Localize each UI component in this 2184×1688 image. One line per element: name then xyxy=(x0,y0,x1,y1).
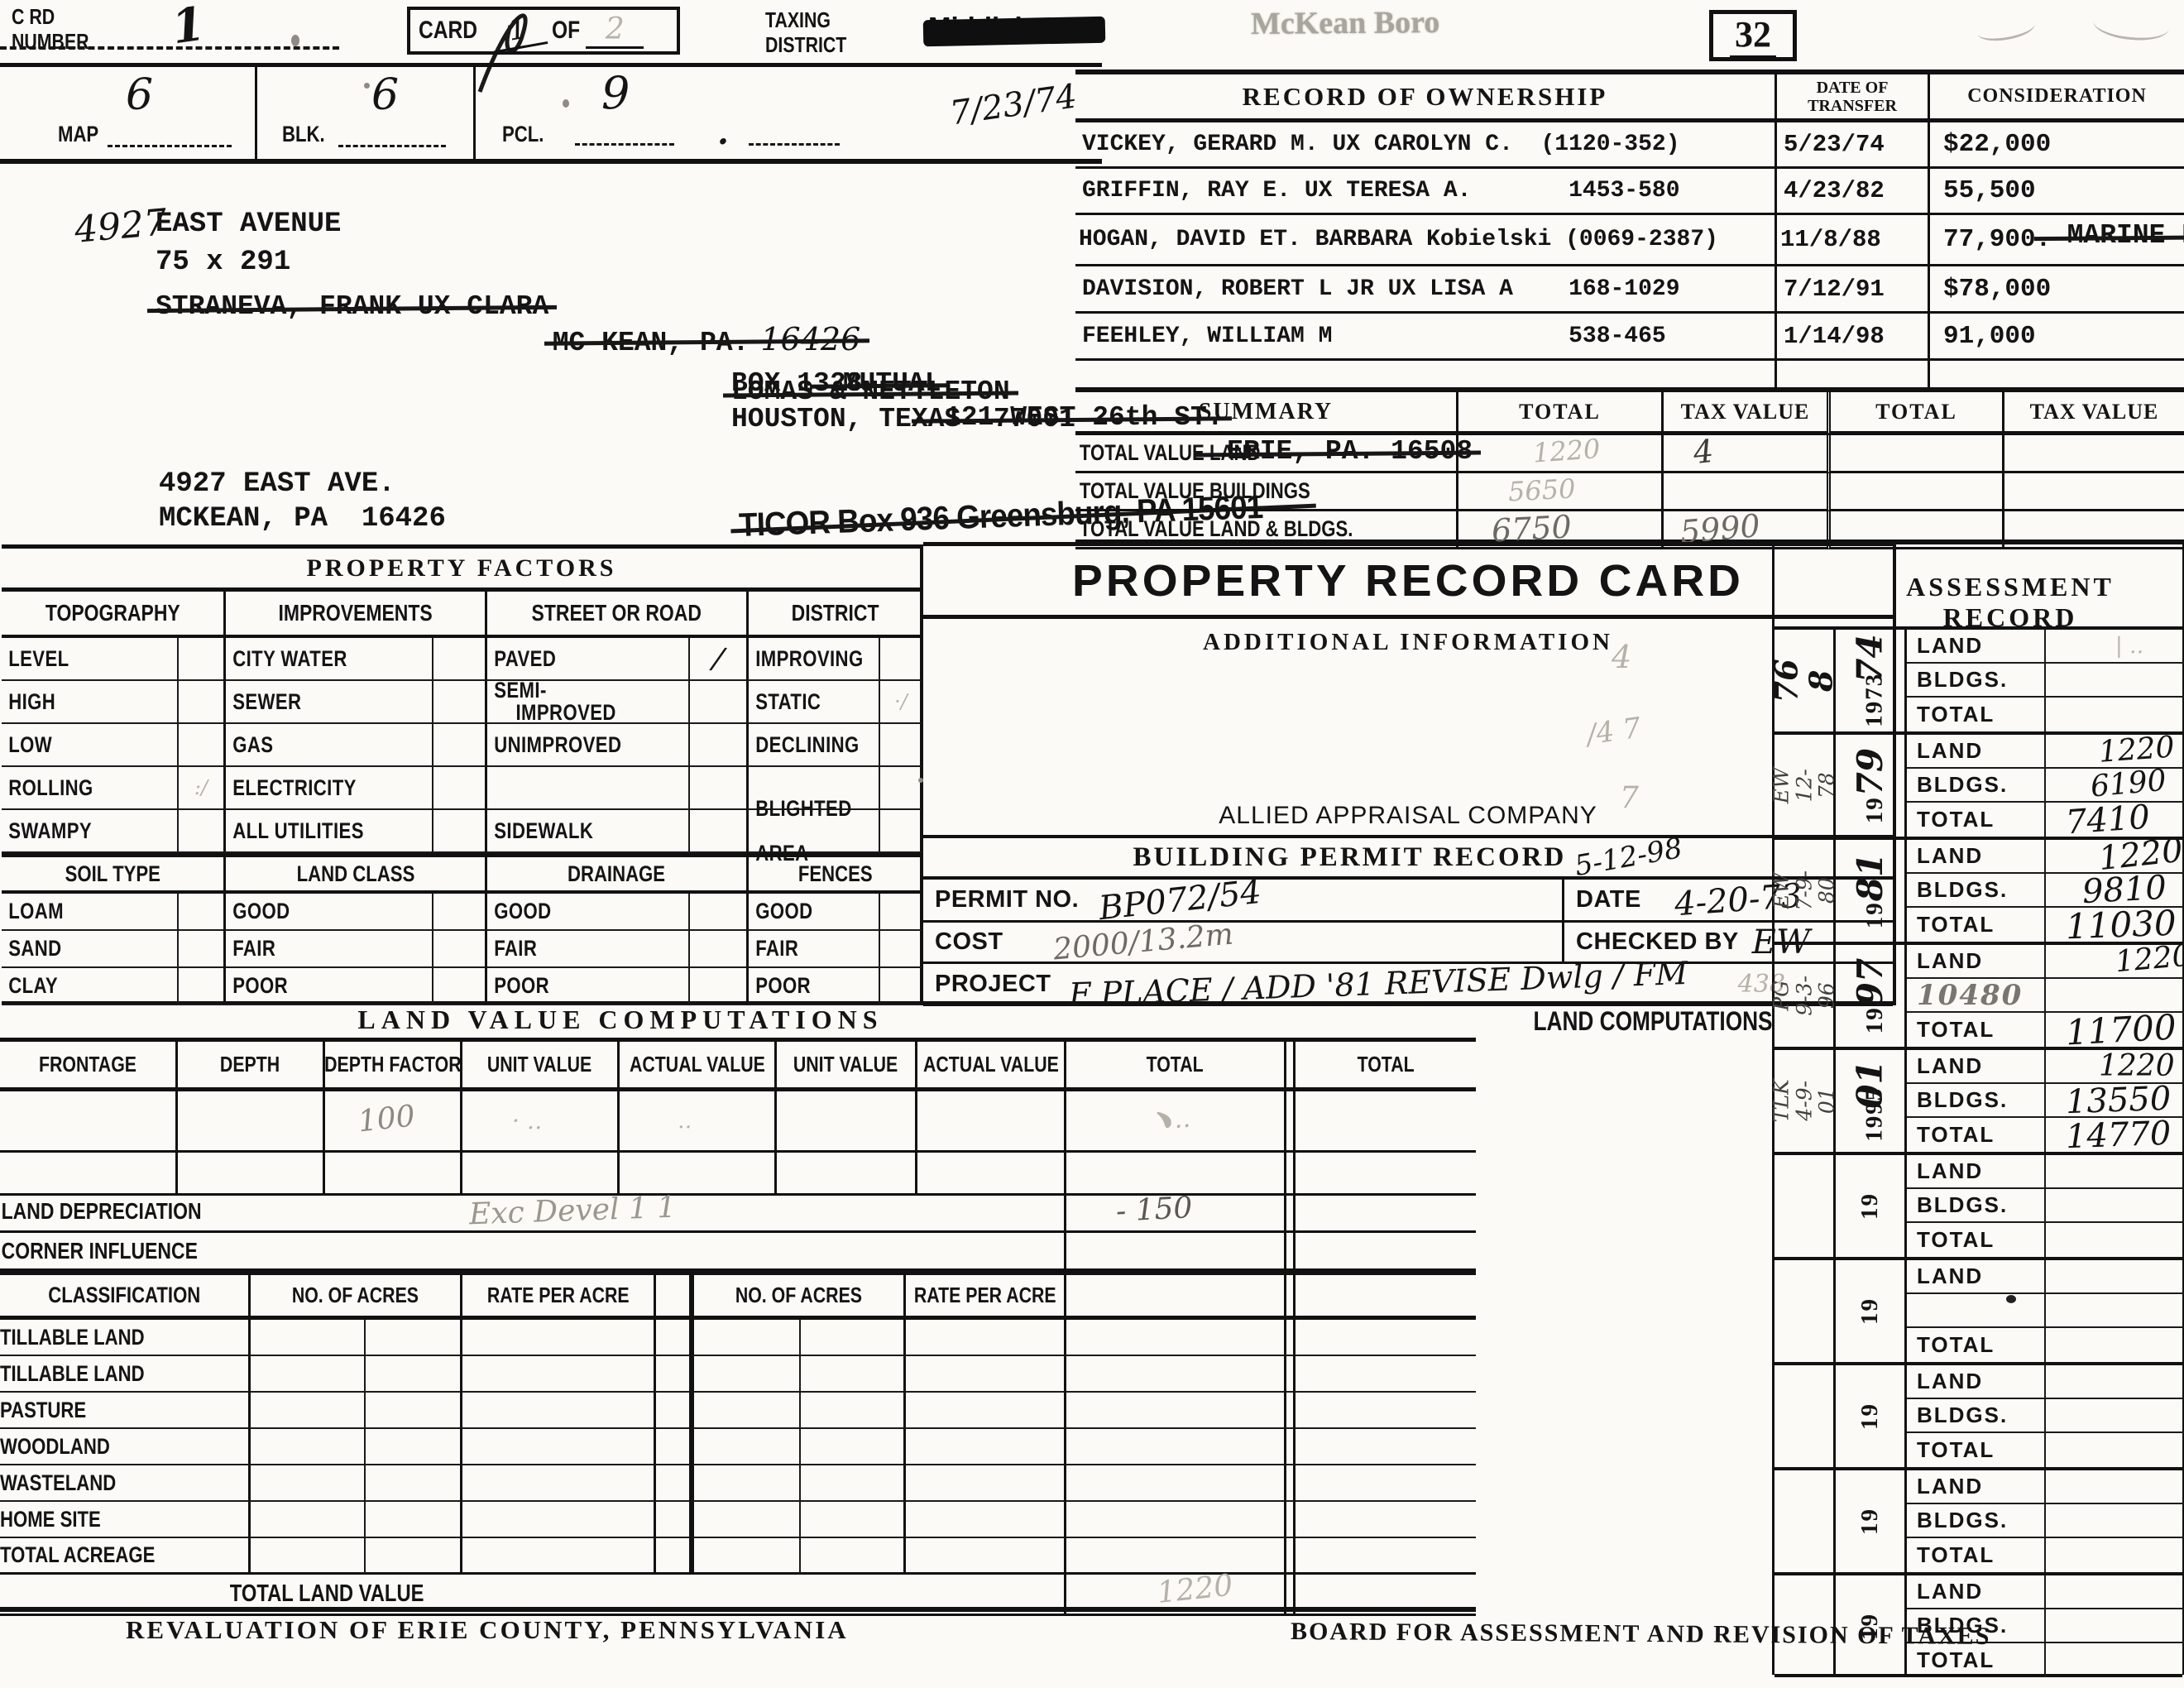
cell xyxy=(364,1356,460,1393)
land-label: LAND xyxy=(1907,1365,2046,1399)
additional-info-label: ADDITIONAL INFORMATION xyxy=(1203,629,1613,655)
district-stamp-faded: McKean Boro xyxy=(1251,4,1440,42)
checkbox xyxy=(177,894,223,931)
hdr-depth: DEPTH xyxy=(175,1042,323,1091)
cell xyxy=(799,1356,903,1393)
transfer-date: 4/23/82 xyxy=(1774,169,1928,215)
record-of-ownership-table: RECORD OF OWNERSHIP DATE OF TRANSFER CON… xyxy=(1075,70,2184,387)
pcl-value: 9 xyxy=(601,67,630,119)
lv-cell xyxy=(460,1153,617,1196)
cell xyxy=(248,1356,364,1393)
total-label: TOTAL xyxy=(1907,803,2046,837)
cell xyxy=(1064,1320,1284,1356)
summary-total-2 xyxy=(1827,435,2002,473)
street-blank xyxy=(485,767,688,810)
total-land-value-row: TOTAL LAND VALUE xyxy=(0,1575,654,1616)
total-value: 14770 xyxy=(2046,1118,2184,1152)
soil-loam: LOAM xyxy=(2,894,177,931)
class-good: GOOD xyxy=(223,894,432,931)
footer-right: BOARD FOR ASSESSMENT AND REVISION OF TAX… xyxy=(1291,1618,1991,1651)
lot-size: 75 x 291 xyxy=(156,247,290,278)
street-semi-improved: SEMI- IMPROVED xyxy=(485,681,688,724)
land-value xyxy=(2046,1575,2184,1609)
taxing-district-label: TAXING DISTRICT xyxy=(765,8,846,58)
classification-table: CLASSIFICATION NO. OF ACRES RATE PER ACR… xyxy=(0,1271,1476,1612)
hdr-actual-value-2: ACTUAL VALUE xyxy=(915,1042,1064,1091)
topo-high: HIGH xyxy=(2,681,177,724)
hdr-unit-value-2: UNIT VALUE xyxy=(774,1042,915,1091)
land-value xyxy=(2046,1365,2184,1399)
column-gap xyxy=(654,1465,692,1502)
lv-cell xyxy=(323,1153,460,1196)
margin-note: EW 12-78 xyxy=(1774,735,1836,837)
corner-influence-row: CORNER INFLUENCE xyxy=(0,1233,1064,1271)
cell xyxy=(1296,1356,1476,1393)
year-cell: 1981 xyxy=(1836,840,1907,942)
land-label: LAND xyxy=(1907,1050,2046,1084)
dist-declining: DECLINING xyxy=(746,724,879,767)
cell xyxy=(248,1465,364,1502)
column-gap xyxy=(1284,1042,1296,1091)
dist-improving: IMPROVING xyxy=(746,638,879,681)
col-date-of-transfer: DATE OF TRANSFER xyxy=(1774,74,1928,122)
lv-cell xyxy=(915,1091,1064,1153)
fence-fair: FAIR xyxy=(746,931,879,968)
total-land-value-amount: 1220 xyxy=(1064,1575,1284,1616)
year-cell: 19 xyxy=(1836,1470,1907,1572)
total-label: TOTAL xyxy=(1907,1013,2046,1047)
checkbox xyxy=(879,810,922,853)
checkbox xyxy=(879,894,922,931)
land-value: 1220 xyxy=(2046,1050,2184,1084)
cell xyxy=(1064,1502,1284,1538)
consideration: 55,500 xyxy=(1928,169,2184,215)
total-label: TOTAL xyxy=(1907,698,2046,731)
checkbox xyxy=(879,767,922,810)
bldgs-label: 10480 xyxy=(1907,979,2046,1013)
checkbox xyxy=(688,810,746,853)
hdr-soil-type: SOIL TYPE xyxy=(2,853,223,894)
summary-tax xyxy=(1661,473,1827,511)
column-gap xyxy=(1284,1233,1296,1271)
checkbox xyxy=(432,681,485,724)
panel-title-bar: PROPERTY RECORD CARD xyxy=(923,546,1893,619)
hdr-total-1: TOTAL xyxy=(1064,1042,1284,1091)
cell xyxy=(460,1429,654,1465)
assessment-record-title: ASSESSMENT RECORD xyxy=(1841,572,2180,633)
street-unimproved: UNIMPROVED xyxy=(485,724,688,767)
ink-blot xyxy=(2006,1295,2016,1303)
land-depreciation-rows: LAND DEPRECIATION Exc Devel 1 1 - 150 CO… xyxy=(0,1192,1476,1271)
summary-tax: 4 xyxy=(1661,435,1827,473)
cell xyxy=(692,1538,799,1575)
card-no-handwritten: 1 xyxy=(487,8,548,54)
lv-cell xyxy=(1064,1153,1284,1196)
checkbox xyxy=(879,724,922,767)
column-gap xyxy=(1284,1575,1296,1616)
card-label: CARD xyxy=(419,17,477,45)
total-value: 11700 xyxy=(2046,1013,2184,1047)
hdr-frontage: FRONTAGE xyxy=(0,1042,175,1091)
col-tax-2: TAX VALUE xyxy=(2002,392,2184,435)
imp-electricity: ELECTRICITY xyxy=(223,767,432,810)
cell xyxy=(1296,1429,1476,1465)
column-gap xyxy=(1284,1538,1296,1575)
bldgs-value xyxy=(2046,664,2184,698)
cell xyxy=(460,1502,654,1538)
bldgs-label: BLDGS. xyxy=(1907,1399,2046,1433)
cell xyxy=(692,1502,799,1538)
total-value: 7410 xyxy=(2046,803,2184,837)
checkbox xyxy=(432,767,485,810)
cell xyxy=(799,1320,903,1356)
hdr-rate-per-acre: RATE PER ACRE xyxy=(460,1275,654,1320)
total-label: TOTAL xyxy=(1907,1433,2046,1467)
land-depreciation-total: - 150 xyxy=(1064,1192,1284,1233)
cell xyxy=(799,1429,903,1465)
cell xyxy=(1296,1538,1476,1575)
owner-name: HOGAN, DAVID ET. BARBARA Kobielski (0069… xyxy=(1075,215,1774,266)
year-cell: 19 xyxy=(1836,1365,1907,1467)
margin-note xyxy=(1774,1365,1836,1467)
bldgs-label: BLDGS. xyxy=(1907,1504,2046,1538)
cell xyxy=(903,1502,1064,1538)
column-gap xyxy=(654,1320,692,1356)
lv-cell xyxy=(617,1153,774,1196)
lv-cell xyxy=(175,1153,323,1196)
map-label: MAP xyxy=(58,122,98,147)
class-row-label: WOODLAND xyxy=(0,1429,248,1465)
total-value xyxy=(2046,1223,2184,1257)
column-gap xyxy=(1284,1320,1296,1356)
drain-good: GOOD xyxy=(485,894,688,931)
class-row-label: HOME SITE xyxy=(0,1502,248,1538)
hdr-actual-value: ACTUAL VALUE xyxy=(617,1042,774,1091)
imp-sewer: SEWER xyxy=(223,681,432,724)
total-value xyxy=(2046,1328,2184,1362)
year-cell: 1979 xyxy=(1836,735,1907,837)
checkbox-static-mark: ·/ xyxy=(879,681,922,724)
assessment-block-1979: EW 12-78 1979 LAND 1220 BLDGS. 6190 TOTA… xyxy=(1774,731,2182,837)
checkbox xyxy=(177,931,223,968)
land-label: LAND xyxy=(1907,630,2046,664)
transfer-date: 5/23/74 xyxy=(1774,122,1928,169)
blk-label: BLK. xyxy=(282,122,325,147)
checkbox xyxy=(879,968,922,1005)
bldgs-value xyxy=(2046,1294,2184,1328)
checkbox xyxy=(688,724,746,767)
cell xyxy=(364,1538,460,1575)
checkbox xyxy=(879,931,922,968)
summary-total: 5650 xyxy=(1456,473,1661,511)
cell xyxy=(1296,1393,1476,1429)
total-label: TOTAL xyxy=(1907,1223,2046,1257)
lv-cell xyxy=(1296,1091,1476,1153)
margin-note: PG 9-3-96 xyxy=(1774,945,1836,1047)
bldgs-value: 6190 xyxy=(2046,769,2184,803)
assessment-blocks: 76 8 197374 LAND | ‥ BLDGS. TOTAL EW 12-… xyxy=(1774,626,2182,1677)
transfer-date: 11/8/88 xyxy=(1774,215,1928,266)
bldgs-label: BLDGS. xyxy=(1907,1084,2046,1118)
column-gap xyxy=(1284,1429,1296,1465)
summary-tax-2 xyxy=(2002,473,2184,511)
summary-table: SUMMARY TOTAL TAX VALUE TOTAL TAX VALUE … xyxy=(1075,387,2184,544)
assessment-block-blank: 19 LAND BLDGS. TOTAL xyxy=(1774,1362,2182,1467)
summary-total-2 xyxy=(1827,473,2002,511)
cell xyxy=(692,1465,799,1502)
cell xyxy=(248,1538,364,1575)
column-gap xyxy=(654,1275,692,1320)
summary-title: SUMMARY xyxy=(1075,392,1456,435)
col-consideration: CONSIDERATION xyxy=(1928,74,2184,122)
hdr-topography: TOPOGRAPHY xyxy=(2,592,223,638)
summary-tax-2 xyxy=(2002,435,2184,473)
additional-information-box: ADDITIONAL INFORMATION 4 /4 7 7 ALLIED A… xyxy=(923,619,1893,838)
class-poor: POOR xyxy=(223,968,432,1005)
lv-cell xyxy=(1296,1153,1476,1196)
consideration: 91,000 xyxy=(1928,314,2184,361)
cell xyxy=(799,1538,903,1575)
total-value xyxy=(2046,1538,2184,1572)
scan-speck xyxy=(291,35,299,46)
district-code-box: 32 xyxy=(1709,10,1797,61)
cell xyxy=(1064,1465,1284,1502)
checkbox xyxy=(177,638,223,681)
land-value: | ‥ xyxy=(2046,630,2184,664)
blk-value: 6 xyxy=(371,70,399,120)
margin-note xyxy=(1774,1470,1836,1572)
land-depreciation-label: LAND DEPRECIATION xyxy=(0,1198,202,1225)
property-factors-table: PROPERTY FACTORS TOPOGRAPHY IMPROVEMENTS… xyxy=(2,544,923,1005)
scan-speck xyxy=(364,83,370,89)
permit-cost-cell: COST2000/13.2m xyxy=(923,923,1562,964)
checkbox xyxy=(688,894,746,931)
column-gap xyxy=(1284,1192,1296,1233)
margin-note: 76 8 xyxy=(1774,630,1836,731)
cell xyxy=(364,1502,460,1538)
cell xyxy=(1296,1320,1476,1356)
permit-project-cell: PROJECTF PLACE / ADD '81 REVISE Dwlg / F… xyxy=(923,964,1893,1006)
hdr-unit-value: UNIT VALUE xyxy=(460,1042,617,1091)
of-no-handwritten: 2 xyxy=(586,12,644,49)
total-label: TOTAL xyxy=(1907,908,2046,942)
hdr-total-2: TOTAL xyxy=(1296,1042,1476,1091)
total-land-value-label: TOTAL LAND VALUE xyxy=(230,1580,424,1608)
hdr-depth-factor: DEPTH FACTOR xyxy=(323,1042,460,1091)
hdr-no-of-acres-2: NO. OF ACRES xyxy=(692,1275,903,1320)
land-value xyxy=(2046,1155,2184,1189)
permit-no-value: BP072/54 xyxy=(1097,872,1263,927)
hdr-improvements: IMPROVEMENTS xyxy=(223,592,485,638)
year-cell: 197374 xyxy=(1836,630,1907,731)
cell xyxy=(460,1538,654,1575)
cell xyxy=(460,1320,654,1356)
land-label: LAND xyxy=(1907,1155,2046,1189)
assessment-block-1997: PG 9-3-96 1997 LAND 1220 10480 TOTAL 117… xyxy=(1774,942,2182,1047)
cell xyxy=(364,1465,460,1502)
checkbox xyxy=(688,968,746,1005)
total-label: TOTAL xyxy=(1907,1328,2046,1362)
hdr-drainage: DRAINAGE xyxy=(485,853,746,894)
checkbox xyxy=(688,767,746,810)
owner-name: FEEHLEY, WILLIAM M 538-465 xyxy=(1075,314,1774,361)
column-gap xyxy=(1284,1393,1296,1429)
cell xyxy=(248,1320,364,1356)
pencil-mark-1: 4 xyxy=(1612,639,1631,675)
checkbox xyxy=(688,681,746,724)
struck-city-line: MC KEAN, PA.16426 xyxy=(553,321,861,358)
bldgs-label: BLDGS. xyxy=(1907,1189,2046,1223)
cell xyxy=(799,1393,903,1429)
total-value xyxy=(2046,1643,2184,1677)
cell xyxy=(460,1465,654,1502)
checkbox-paved-checked: / xyxy=(688,638,746,681)
map-value: 6 xyxy=(126,70,153,120)
hdr-district: DISTRICT xyxy=(746,592,922,638)
lv-cell xyxy=(1296,1233,1476,1271)
district-code: 32 xyxy=(1730,13,1776,59)
dashed-rule xyxy=(0,46,339,50)
col-total-1: TOTAL xyxy=(1456,392,1661,435)
consideration: $78,000 xyxy=(1928,266,2184,314)
land-value: 1220 xyxy=(2046,945,2184,979)
topo-low: LOW xyxy=(2,724,177,767)
year-cell: 1997 xyxy=(1836,945,1907,1047)
footer-left: REVALUATION OF ERIE COUNTY, PENNSYLVANIA xyxy=(126,1615,849,1645)
lv-cell xyxy=(774,1153,915,1196)
bldgs-value xyxy=(2046,1399,2184,1433)
assessment-block-blank: 19 LAND BLDGS. TOTAL xyxy=(1774,1467,2182,1572)
cell xyxy=(1296,1575,1476,1616)
permit-header-date-handwritten: 5-12-98 xyxy=(1573,832,1685,883)
cell xyxy=(364,1429,460,1465)
cell xyxy=(903,1465,1064,1502)
owner-name: DAVISION, ROBERT L JR UX LISA A 168-1029 xyxy=(1075,266,1774,314)
checkbox xyxy=(177,724,223,767)
cell xyxy=(692,1393,799,1429)
cell xyxy=(248,1502,364,1538)
margin-note xyxy=(1774,1155,1836,1257)
lv-cell: · ‥ xyxy=(460,1091,617,1153)
street-no-handwritten: 4927 xyxy=(73,201,169,252)
checkbox xyxy=(879,638,922,681)
assessment-block-blank: 19 LAND BLDGS. TOTAL xyxy=(1774,1152,2182,1257)
checkbox xyxy=(432,968,485,1005)
imp-city-water: CITY WATER xyxy=(223,638,432,681)
class-row-label: TILLABLE LAND xyxy=(0,1356,248,1393)
cell xyxy=(903,1356,1064,1393)
cell xyxy=(248,1393,364,1429)
hdr-no-of-acres: NO. OF ACRES xyxy=(248,1275,460,1320)
summary-total: 1220 xyxy=(1456,435,1661,473)
margin-note: TLK 4-9-01 xyxy=(1774,1050,1836,1152)
land-depreciation-handwriting: Exc Devel 1 1 xyxy=(468,1191,676,1232)
building-permit-header: BUILDING PERMIT RECORD 5-12-98 xyxy=(923,838,1893,880)
struck-district-stamp: Middleboro xyxy=(928,12,1102,50)
property-record-card-scan: C RD NUMBER 1 CARD 1 OF 2 TAXING DISTRIC… xyxy=(0,0,2184,1688)
year-cell: 19 xyxy=(1836,1155,1907,1257)
checkbox xyxy=(432,931,485,968)
lv-cell xyxy=(915,1153,1064,1196)
soil-clay: CLAY xyxy=(2,968,177,1005)
assessment-block-1973: 76 8 197374 LAND | ‥ BLDGS. TOTAL xyxy=(1774,626,2182,731)
soil-sand: SAND xyxy=(2,931,177,968)
pencil-mark-2: /4 7 xyxy=(1585,712,1643,752)
total-value xyxy=(2046,1433,2184,1467)
cell xyxy=(248,1429,364,1465)
bldgs-label: BLDGS. xyxy=(1907,874,2046,908)
fence-good: GOOD xyxy=(746,894,879,931)
cell xyxy=(364,1320,460,1356)
col-total-2: TOTAL xyxy=(1827,392,2002,435)
lv-cell xyxy=(0,1153,175,1196)
total-column-continues xyxy=(1064,1275,1284,1320)
ownership-title: RECORD OF OWNERSHIP xyxy=(1075,74,1774,122)
assessment-block-blank: 19 LAND TOTAL xyxy=(1774,1257,2182,1362)
checkbox xyxy=(432,894,485,931)
cell xyxy=(1296,1502,1476,1538)
cell xyxy=(903,1538,1064,1575)
dist-blighted-area: BLIGHTED AREA xyxy=(746,810,879,853)
column-gap xyxy=(1284,1502,1296,1538)
mortgagee-city: HOUSTON, TEXAS 77001 xyxy=(731,404,1075,434)
hdr-street-or-road: STREET OR ROAD xyxy=(485,592,746,638)
topo-level: LEVEL xyxy=(2,638,177,681)
dist-static: STATIC xyxy=(746,681,879,724)
checkbox xyxy=(177,968,223,1005)
column-gap xyxy=(654,1356,692,1393)
current-address-1: 4927 EAST AVE. xyxy=(159,468,395,500)
checkbox xyxy=(177,681,223,724)
bldgs-value xyxy=(2046,1504,2184,1538)
street-name: EAST AVENUE xyxy=(156,209,341,240)
bldgs-label xyxy=(1907,1294,2046,1328)
street-paved: PAVED xyxy=(485,638,688,681)
scan-speck xyxy=(918,778,923,783)
permit-cost-value: 2000/13.2m xyxy=(1051,918,1234,967)
mortgagee-box: BOX 1328 xyxy=(731,368,862,399)
bldgs-value xyxy=(2046,1189,2184,1223)
hdr-fences: FENCES xyxy=(746,853,922,894)
cell xyxy=(903,1429,1064,1465)
cell xyxy=(460,1393,654,1429)
lv-depth-factor-value: 100 xyxy=(323,1091,460,1153)
scan-speck xyxy=(563,99,569,108)
land-computations-label: LAND COMPUTATIONS xyxy=(1481,1006,1772,1037)
pcl-label: PCL. xyxy=(502,122,544,147)
cell xyxy=(903,1393,1064,1429)
column-gap xyxy=(1284,1356,1296,1393)
current-address-2: MCKEAN, PA 16426 xyxy=(159,503,446,535)
consideration: $22,000 xyxy=(1928,122,2184,169)
lv-cell xyxy=(774,1091,915,1153)
checkbox xyxy=(432,638,485,681)
land-value xyxy=(2046,1260,2184,1294)
lv-cell xyxy=(1064,1233,1284,1271)
cell xyxy=(799,1465,903,1502)
bldgs-value xyxy=(2046,1609,2184,1643)
total-label: TOTAL xyxy=(1907,1118,2046,1152)
checkbox xyxy=(432,810,485,853)
cell xyxy=(799,1502,903,1538)
margin-note xyxy=(1774,1260,1836,1362)
building-permit-table: PERMIT NO.BP072/54 DATE4-20-73 COST2000/… xyxy=(923,880,1893,1006)
cell xyxy=(1064,1538,1284,1575)
hdr-land-class: LAND CLASS xyxy=(223,853,485,894)
column-gap xyxy=(1284,1465,1296,1502)
appraisal-company: ALLIED APPRAISAL COMPANY xyxy=(1219,802,1597,829)
land-label: LAND xyxy=(1907,1575,2046,1609)
